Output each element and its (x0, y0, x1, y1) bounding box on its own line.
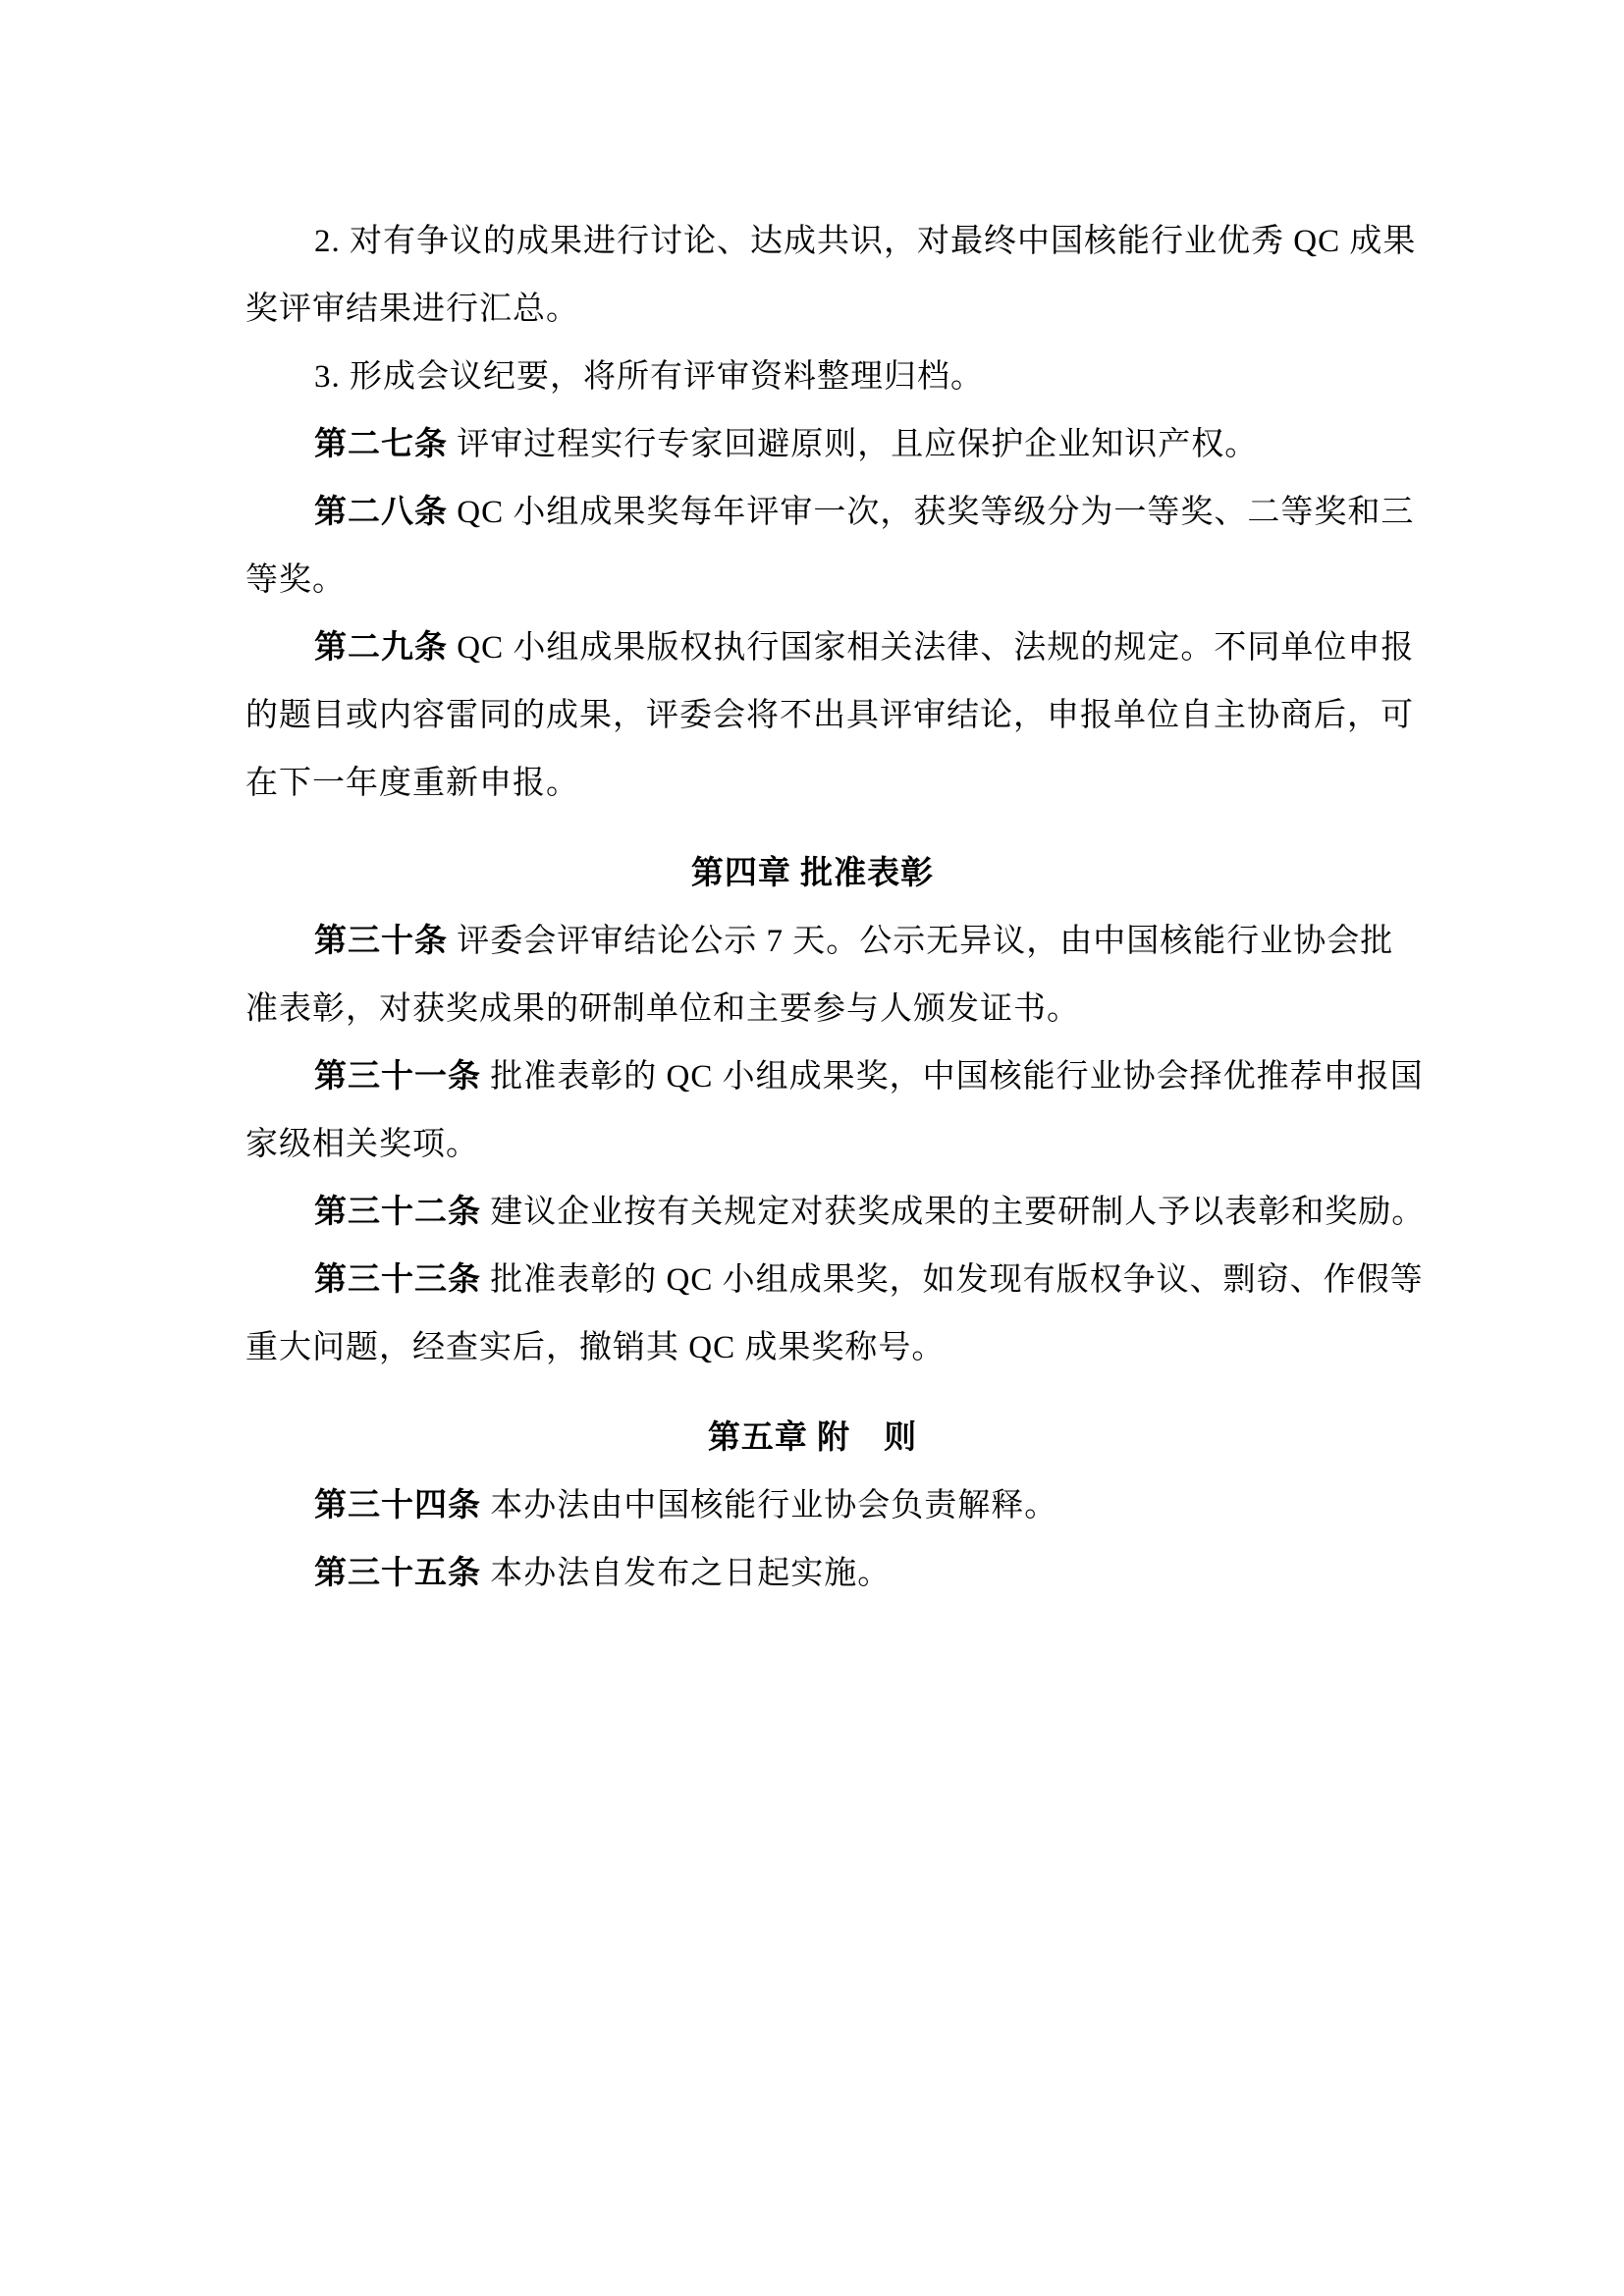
line-text: 准表彰，对获奖成果的研制单位和主要参与人颁发证书。 (245, 991, 1080, 1027)
paragraph-line: 2. 对有争议的成果进行讨论、达成共识，对最终中国核能行业优秀 QC 成果 (245, 208, 1380, 276)
chapter-heading-text: 第五章 附 则 (708, 1420, 917, 1456)
line-text: 评委会评审结论公示 7 天。公示无异议，由中国核能行业协会批 (448, 924, 1393, 959)
line-text: 重大问题，经查实后，撤销其 QC 成果奖称号。 (245, 1330, 945, 1365)
chapter-heading-5: 第五章 附 则 (245, 1405, 1380, 1472)
line-text: 建议企业按有关规定对获奖成果的主要研制人予以表彰和奖励。 (481, 1195, 1425, 1230)
line-text: 在下一年度重新申报。 (245, 766, 579, 801)
line-text: 家级相关奖项。 (245, 1127, 479, 1162)
paragraph-line-article-27: 第二七条 评审过程实行专家回避原则，且应保护企业知识产权。 (245, 411, 1380, 479)
paragraph-line-article-29: 第二九条 QC 小组成果版权执行国家相关法律、法规的规定。不同单位申报 (245, 614, 1380, 682)
paragraph-line: 奖评审结果进行汇总。 (245, 276, 1380, 344)
chapter-heading-text: 第四章 批准表彰 (691, 856, 934, 891)
article-number: 第三十五条 (314, 1556, 481, 1591)
paragraph-line-article-31: 第三十一条 批准表彰的 QC 小组成果奖，中国核能行业协会择优推荐申报国 (245, 1043, 1380, 1111)
article-number: 第三十四条 (314, 1488, 481, 1523)
paragraph-line-article-33: 第三十三条 批准表彰的 QC 小组成果奖，如发现有版权争议、剽窃、作假等 (245, 1247, 1380, 1314)
article-number: 第三十二条 (314, 1195, 481, 1230)
document-content: 2. 对有争议的成果进行讨论、达成共识，对最终中国核能行业优秀 QC 成果 奖评… (0, 0, 1624, 1608)
line-text: 等奖。 (245, 562, 346, 598)
paragraph-line-article-35: 第三十五条 本办法自发布之日起实施。 (245, 1540, 1380, 1608)
line-text: 的题目或内容雷同的成果，评委会将不出具评审结论，申报单位自主协商后，可 (245, 698, 1414, 733)
article-number: 第二七条 (314, 427, 448, 462)
paragraph-line: 重大问题，经查实后，撤销其 QC 成果奖称号。 (245, 1314, 1380, 1382)
paragraph-line: 在下一年度重新申报。 (245, 750, 1380, 818)
line-text: 批准表彰的 QC 小组成果奖，中国核能行业协会择优推荐申报国 (481, 1059, 1424, 1095)
paragraph-line: 家级相关奖项。 (245, 1111, 1380, 1179)
paragraph-line-article-30: 第三十条 评委会评审结论公示 7 天。公示无异议，由中国核能行业协会批 (245, 908, 1380, 976)
line-text: 本办法自发布之日起实施。 (481, 1556, 891, 1591)
paragraph-line: 3. 形成会议纪要，将所有评审资料整理归档。 (245, 344, 1380, 411)
line-text: 评审过程实行专家回避原则，且应保护企业知识产权。 (448, 427, 1258, 462)
line-text: QC 小组成果奖每年评审一次，获奖等级分为一等奖、二等奖和三 (448, 495, 1414, 530)
document-page: 2. 对有争议的成果进行讨论、达成共识，对最终中国核能行业优秀 QC 成果 奖评… (0, 0, 1624, 2296)
paragraph-line-article-34: 第三十四条 本办法由中国核能行业协会负责解释。 (245, 1472, 1380, 1540)
paragraph-line-article-28: 第二八条 QC 小组成果奖每年评审一次，获奖等级分为一等奖、二等奖和三 (245, 479, 1380, 547)
paragraph-line: 的题目或内容雷同的成果，评委会将不出具评审结论，申报单位自主协商后，可 (245, 682, 1380, 750)
line-text: 2. 对有争议的成果进行讨论、达成共识，对最终中国核能行业优秀 QC 成果 (314, 224, 1416, 259)
paragraph-line: 等奖。 (245, 547, 1380, 614)
article-number: 第三十条 (314, 924, 448, 959)
line-text: QC 小组成果版权执行国家相关法律、法规的规定。不同单位申报 (448, 630, 1414, 666)
article-number: 第二八条 (314, 495, 448, 530)
line-text: 3. 形成会议纪要，将所有评审资料整理归档。 (314, 359, 984, 395)
article-number: 第三十三条 (314, 1262, 481, 1298)
line-text: 本办法由中国核能行业协会负责解释。 (481, 1488, 1057, 1523)
paragraph-line: 准表彰，对获奖成果的研制单位和主要参与人颁发证书。 (245, 976, 1380, 1043)
chapter-heading-4: 第四章 批准表彰 (245, 840, 1380, 908)
article-number: 第二九条 (314, 630, 448, 666)
paragraph-line-article-32: 第三十二条 建议企业按有关规定对获奖成果的主要研制人予以表彰和奖励。 (245, 1179, 1380, 1247)
article-number: 第三十一条 (314, 1059, 481, 1095)
line-text: 奖评审结果进行汇总。 (245, 292, 579, 327)
line-text: 批准表彰的 QC 小组成果奖，如发现有版权争议、剽窃、作假等 (481, 1262, 1424, 1298)
